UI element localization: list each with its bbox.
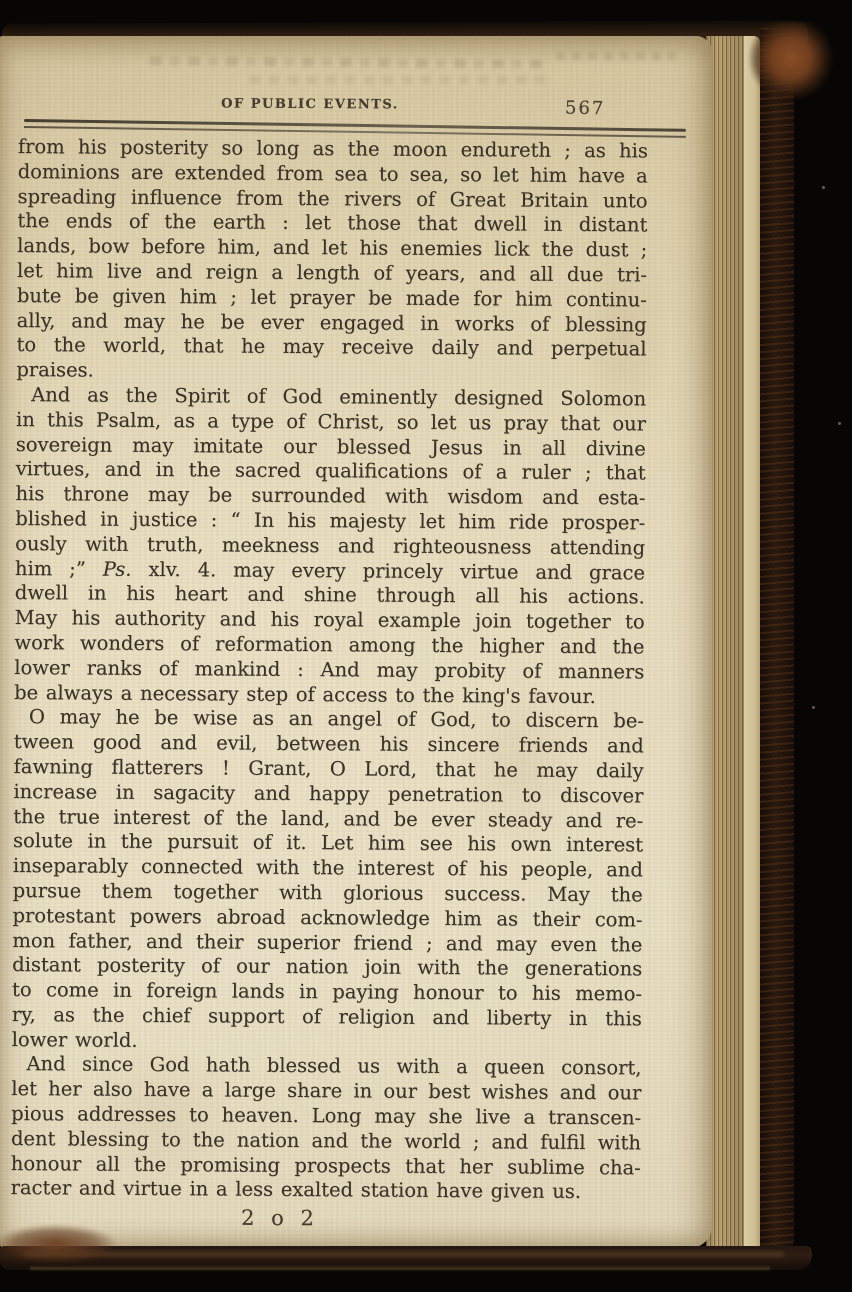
dust-speck — [812, 706, 815, 709]
signature-mark: 2 o 2 — [210, 1206, 350, 1231]
book-page: OF PUBLIC EVENTS. 567 from his posterity… — [0, 36, 712, 1248]
header-rule-thick-line — [24, 119, 686, 132]
page-number: 567 — [565, 97, 625, 119]
paragraph: And since God hath blessed us with a que… — [11, 1052, 642, 1205]
text-line: lower ranks of mankind : And may probity… — [14, 656, 644, 685]
bleed-through-smudge — [150, 56, 550, 68]
dust-speck — [822, 186, 825, 189]
paragraph: O may he be wise as an angel of God, to … — [12, 705, 644, 1057]
text-line: in this Psalm, as a type of Christ, so l… — [16, 408, 646, 437]
book-cover-right-edge — [760, 28, 794, 1254]
text-line: to the world, that he may receive daily … — [16, 333, 646, 362]
leather-corner-bottom-left — [0, 1220, 138, 1268]
book-photo: OF PUBLIC EVENTS. 567 from his posterity… — [0, 0, 852, 1292]
dust-speck — [838, 422, 841, 425]
cover-bottom-edge-highlight — [30, 1267, 770, 1270]
text-block: from his posterity so long as the moon e… — [11, 135, 648, 1206]
text-line: increase in sagacity and happy penetrati… — [13, 780, 643, 809]
leather-highlight — [24, 1252, 784, 1256]
text-line: racter and virtue in a less exalted stat… — [11, 1176, 641, 1205]
running-title: OF PUBLIC EVENTS. — [160, 96, 460, 113]
text-line: dominions are extended from sea to sea, … — [18, 160, 648, 189]
bleed-through-smudge — [556, 52, 676, 60]
page-under-edge — [744, 36, 760, 1252]
paragraph: from his posterity so long as the moon e… — [16, 135, 648, 387]
paragraph: And as the Spirit of God eminently desig… — [14, 383, 646, 710]
leather-corner-top-right — [738, 22, 834, 126]
text-line: protestant powers abroad acknowledge him… — [12, 904, 642, 933]
text-line: bute be given him ; let prayer be made f… — [17, 284, 647, 313]
bleed-through-smudge — [250, 76, 550, 84]
